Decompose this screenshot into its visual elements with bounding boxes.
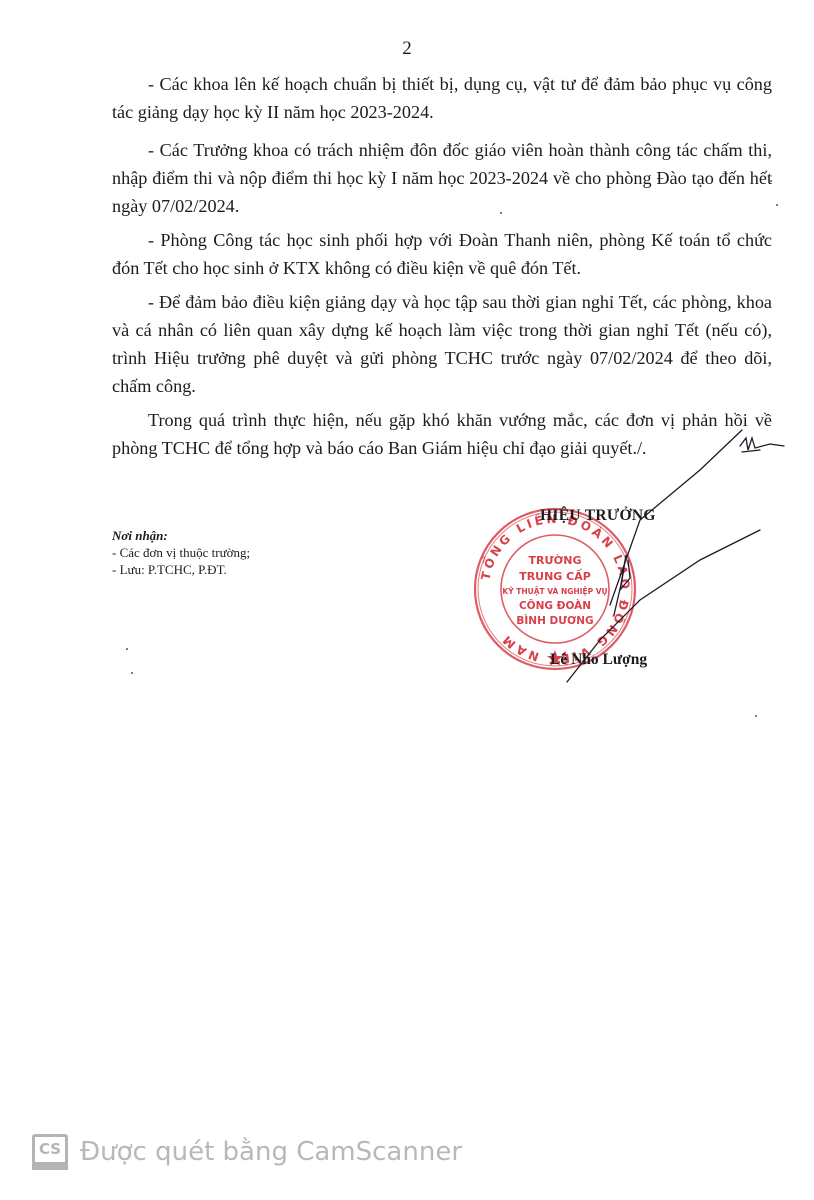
svg-text:KỸ THUẬT VÀ NGHIỆP VỤ: KỸ THUẬT VÀ NGHIỆP VỤ: [502, 587, 607, 596]
svg-text:BÌNH DƯƠNG: BÌNH DƯƠNG: [516, 614, 593, 627]
svg-text:TRƯỜNG: TRƯỜNG: [528, 554, 581, 567]
paragraph-grading: - Các Trưởng khoa có trách nhiệm đôn đốc…: [112, 136, 772, 220]
watermark-text: Được quét bằng CamScanner: [80, 1137, 462, 1167]
official-stamp: TỔNG LIÊN ĐOÀN LAO ĐỘNG VIỆT NAM TRƯỜNG …: [470, 504, 640, 674]
recipient-item: - Các đơn vị thuộc trường;: [112, 545, 250, 561]
recipient-item: - Lưu: P.TCHC, P.ĐT.: [112, 562, 227, 578]
paragraph-equipment: - Các khoa lên kế hoạch chuẩn bị thiết b…: [112, 70, 772, 126]
camscanner-logo-icon: CS: [32, 1134, 68, 1170]
svg-text:TRUNG CẤP: TRUNG CẤP: [519, 568, 591, 583]
signature-title: HIỆU TRƯỞNG: [540, 507, 656, 525]
paragraph-closing: Trong quá trình thực hiện, nếu gặp khó k…: [112, 406, 772, 462]
paragraph-tet-dormitory: - Phòng Công tác học sinh phối hợp với Đ…: [112, 226, 772, 282]
signer-name: Lê Nho Lượng: [550, 651, 647, 669]
camscanner-watermark: CS Được quét bằng CamScanner: [32, 1134, 462, 1170]
recipients-title: Nơi nhận:: [112, 528, 168, 544]
paragraph-work-plan: - Để đảm bảo điều kiện giảng dạy và học …: [112, 288, 772, 400]
page-number: 2: [0, 38, 814, 60]
svg-text:CÔNG ĐOÀN: CÔNG ĐOÀN: [519, 599, 591, 612]
